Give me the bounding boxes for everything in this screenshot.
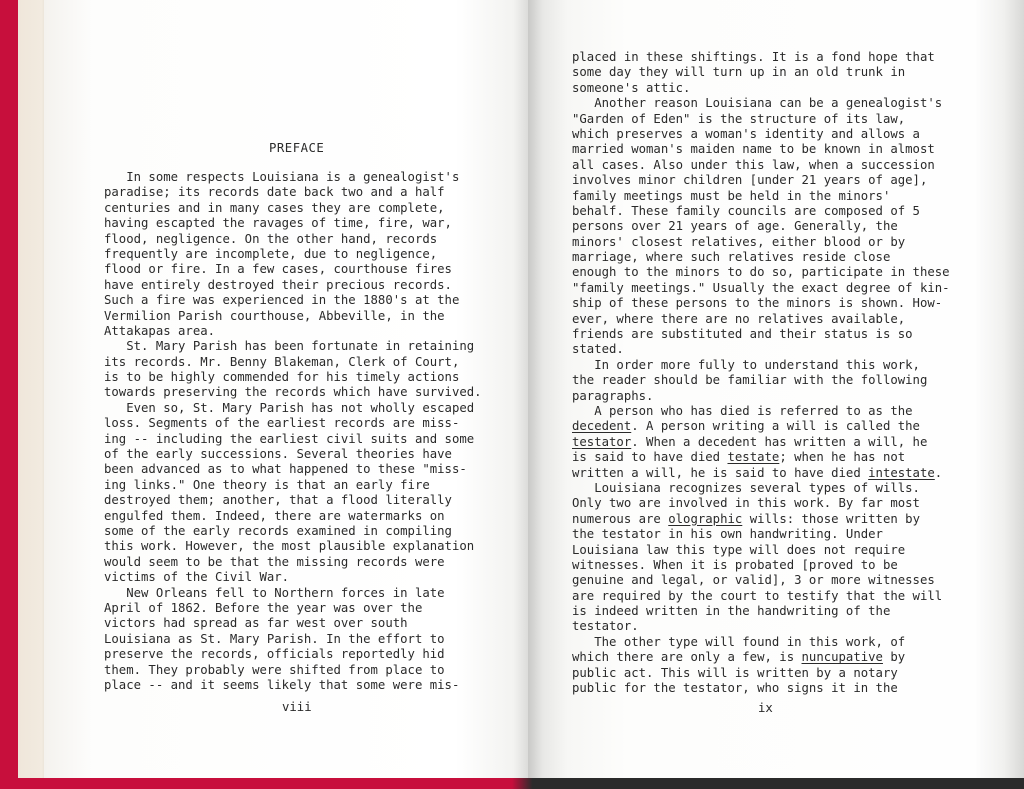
text-line: someone's attic. (572, 81, 1002, 96)
text-line: victims of the Civil War. (104, 570, 524, 585)
text-line: family meetings must be held in the mino… (572, 189, 1002, 204)
text-line: all cases. Also under this law, when a s… (572, 158, 1002, 173)
text-line: some day they will turn up in an old tru… (572, 65, 1002, 80)
page-number-left: viii (282, 700, 312, 715)
text-line: is to be highly commended for his timely… (104, 370, 524, 385)
text-line: Even so, St. Mary Parish has not wholly … (104, 401, 524, 416)
underlined-term: intestate (868, 466, 935, 480)
text-line: April of 1862. Before the year was over … (104, 601, 524, 616)
text-line: ship of these persons to the minors is s… (572, 296, 1002, 311)
text-line: Louisiana recognizes several types of wi… (572, 481, 1002, 496)
page-number-right: ix (758, 701, 773, 716)
text-line: victors had spread as far west over sout… (104, 616, 524, 631)
text-line: behalf. These family councils are compos… (572, 204, 1002, 219)
text-line: frequently are incomplete, due to neglig… (104, 247, 524, 262)
text-line: is indeed written in the handwriting of … (572, 604, 1002, 619)
left-page-body: In some respects Louisiana is a genealog… (104, 170, 524, 693)
text-line: numerous are olographic wills: those wri… (572, 512, 1002, 527)
text-line: testator. When a decedent has written a … (572, 435, 1002, 450)
text-line: engulfed them. Indeed, there are waterma… (104, 509, 524, 524)
book-cover-edge (0, 0, 18, 789)
text-line: enough to the minors to do so, participa… (572, 265, 1002, 280)
text-line: minors' closest relatives, either blood … (572, 235, 1002, 250)
text-line: of the early successions. Several theori… (104, 447, 524, 462)
text-line: "family meetings." Usually the exact deg… (572, 281, 1002, 296)
text-line: been advanced as to what happened to the… (104, 462, 524, 477)
text-line: Louisiana as St. Mary Parish. In the eff… (104, 632, 524, 647)
text-line: Another reason Louisiana can be a geneal… (572, 96, 1002, 111)
underlined-term: nuncupative (802, 650, 883, 664)
text-line: ever, where there are no relatives avail… (572, 312, 1002, 327)
text-line: New Orleans fell to Northern forces in l… (104, 586, 524, 601)
text-line: decedent. A person writing a will is cal… (572, 419, 1002, 434)
text-line: Attakapas area. (104, 324, 524, 339)
text-line: "Garden of Eden" is the structure of its… (572, 112, 1002, 127)
text-line: genuine and legal, or valid], 3 or more … (572, 573, 1002, 588)
text-line: friends are substituted and their status… (572, 327, 1002, 342)
text-line: public for the testator, who signs it in… (572, 681, 1002, 696)
text-line: paragraphs. (572, 389, 1002, 404)
text-line: place -- and it seems likely that some w… (104, 678, 524, 693)
text-line: written a will, he is said to have died … (572, 466, 1002, 481)
text-line: having escapted the ravages of time, fir… (104, 216, 524, 231)
underlined-term: decedent (572, 419, 631, 433)
text-line: stated. (572, 342, 1002, 357)
text-line: flood, negligence. On the other hand, re… (104, 232, 524, 247)
text-line: preserve the records, officials reported… (104, 647, 524, 662)
text-line: paradise; its records date back two and … (104, 185, 524, 200)
book-bottom-edge (0, 778, 1024, 789)
right-page-body: placed in these shiftings. It is a fond … (572, 50, 1002, 696)
text-line: ing -- including the earliest civil suit… (104, 432, 524, 447)
text-line: some of the early records examined in co… (104, 524, 524, 539)
text-line: Only two are involved in this work. By f… (572, 496, 1002, 511)
text-line: testator. (572, 619, 1002, 634)
text-line: public act. This will is written by a no… (572, 666, 1002, 681)
page-heading: PREFACE (269, 141, 324, 156)
text-line: the reader should be familiar with the f… (572, 373, 1002, 388)
text-line: persons over 21 years of age. Generally,… (572, 219, 1002, 234)
text-line: St. Mary Parish has been fortunate in re… (104, 339, 524, 354)
text-line: this work. However, the most plausible e… (104, 539, 524, 554)
text-line: Vermilion Parish courthouse, Abbeville, … (104, 309, 524, 324)
text-line: loss. Segments of the earliest records a… (104, 416, 524, 431)
text-line: which there are only a few, is nuncupati… (572, 650, 1002, 665)
text-line: have entirely destroyed their precious r… (104, 278, 524, 293)
text-line: involves minor children [under 21 years … (572, 173, 1002, 188)
text-line: them. They probably were shifted from pl… (104, 663, 524, 678)
text-line: The other type will found in this work, … (572, 635, 1002, 650)
text-line: destroyed them; another, that a flood li… (104, 493, 524, 508)
text-line: is said to have died testate; when he ha… (572, 450, 1002, 465)
text-line: Louisiana law this type will does not re… (572, 543, 1002, 558)
text-line: flood or fire. In a few cases, courthous… (104, 262, 524, 277)
underlined-term: olographic (668, 512, 742, 526)
text-line: are required by the court to testify tha… (572, 589, 1002, 604)
text-line: In order more fully to understand this w… (572, 358, 1002, 373)
text-line: which preserves a woman's identity and a… (572, 127, 1002, 142)
left-page: PREFACE In some respects Louisiana is a … (44, 0, 528, 778)
text-line: married woman's maiden name to be known … (572, 142, 1002, 157)
text-line: ing links." One theory is that an early … (104, 478, 524, 493)
text-line: its records. Mr. Benny Blakeman, Clerk o… (104, 355, 524, 370)
right-page: placed in these shiftings. It is a fond … (528, 0, 1024, 778)
text-line: In some respects Louisiana is a genealog… (104, 170, 524, 185)
text-line: witnesses. When it is probated [proved t… (572, 558, 1002, 573)
text-line: placed in these shiftings. It is a fond … (572, 50, 1002, 65)
text-line: towards preserving the records which hav… (104, 385, 524, 400)
text-line: A person who has died is referred to as … (572, 404, 1002, 419)
underlined-term: testator (572, 435, 631, 449)
text-line: would seem to be that the missing record… (104, 555, 524, 570)
text-line: centuries and in many cases they are com… (104, 201, 524, 216)
underlined-term: testate (727, 450, 779, 464)
book-spread: PREFACE In some respects Louisiana is a … (0, 0, 1024, 789)
text-line: marriage, where such relatives reside cl… (572, 250, 1002, 265)
text-line: Such a fire was experienced in the 1880'… (104, 293, 524, 308)
text-line: the testator in his own handwriting. Und… (572, 527, 1002, 542)
